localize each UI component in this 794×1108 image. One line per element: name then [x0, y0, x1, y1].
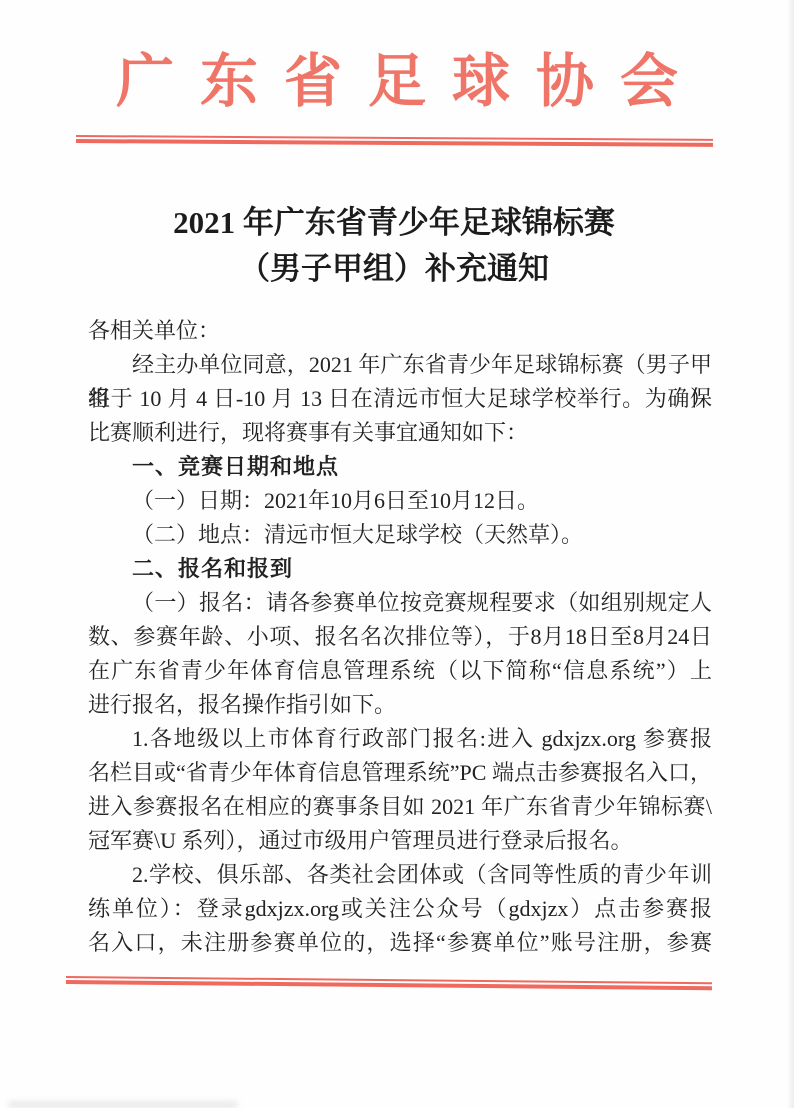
text-line: 冠军赛\U 系列），通过市级用户管理员进行登录后报名。 — [88, 824, 712, 858]
text-line: 进行报名，报名操作指引如下。 — [88, 688, 712, 722]
document-title-line-1: 2021 年广东省青少年足球锦标赛 — [40, 200, 748, 246]
text-line: 名栏目或“省青少年体育信息管理系统”PC 端点击参赛报名入口， — [88, 756, 712, 790]
text-line: （一）报名：请各参赛单位按竞赛规程要求（如组别规定人 — [88, 586, 712, 620]
footer-double-rule — [66, 976, 712, 990]
letterhead-double-rule — [76, 135, 713, 147]
scan-smudge — [8, 1101, 238, 1108]
text-line: 在广东省青少年体育信息管理系统（以下简称“信息系统”）上 — [88, 654, 712, 688]
text-line: 1.各地级以上市体育行政部门报名:进入 gdxjzx.org 参赛报 — [88, 722, 712, 756]
document-title-line-2: （男子甲组）补充通知 — [40, 246, 748, 292]
text-line: 二、报名和报到 — [88, 552, 712, 586]
text-line: 数、参赛年龄、小项、报名名次排位等），于8月18日至8月24日 — [88, 620, 712, 654]
text-line: 2.学校、俱乐部、各类社会团体或（含同等性质的青少年训 — [88, 858, 712, 892]
text-line: 比赛顺利进行，现将赛事有关事宜通知如下： — [88, 416, 712, 450]
text-line: 进入参赛报名在相应的赛事条目如 2021 年广东省青少年锦标赛\ — [88, 790, 712, 824]
scanned-document-page: 广东省足球协会 2021 年广东省青少年足球锦标赛 （男子甲组）补充通知 各相关… — [0, 0, 794, 1108]
document-title: 2021 年广东省青少年足球锦标赛 （男子甲组）补充通知 — [40, 200, 748, 292]
scan-edge-shadow — [787, 0, 794, 1108]
text-line: 名入口，未注册参赛单位的，选择“参赛单位”账号注册，参赛 — [88, 926, 712, 960]
text-line: 一、竞赛日期和地点 — [88, 450, 712, 484]
letterhead-org-name: 广东省足球协会 — [0, 44, 794, 120]
text-line: 练单位）：登录gdxjzx.org或关注公众号（gdxjzx）点击参赛报 — [88, 892, 712, 926]
text-line: （二）地点：清远市恒大足球学校（天然草）。 — [88, 518, 712, 552]
text-line: 经主办单位同意，2021 年广东省青少年足球锦标赛（男子甲组） — [88, 348, 712, 382]
text-line: （一）日期：2021年10月6日至10月12日。 — [88, 484, 712, 518]
text-line: 将于 10 月 4 日-10 月 13 日在清远市恒大足球学校举行。为确保 — [88, 382, 712, 416]
text-line: 各相关单位： — [88, 314, 712, 348]
document-body: 各相关单位：经主办单位同意，2021 年广东省青少年足球锦标赛（男子甲组）将于 … — [88, 314, 712, 960]
